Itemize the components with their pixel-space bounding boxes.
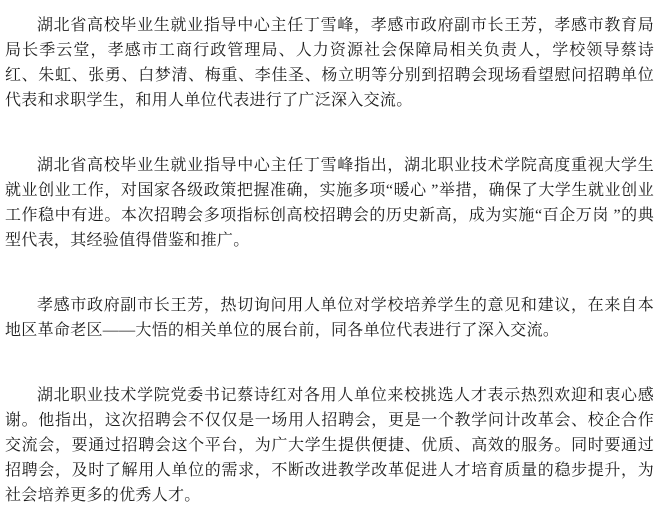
paragraph-officials-visit: 湖北省高校毕业生就业指导中心主任丁雪峰，孝感市政府副市长王芳，孝感市教育局局长季…	[5, 13, 654, 113]
paragraph-ding-xuefeng-remarks: 湖北省高校毕业生就业指导中心主任丁雪峰指出，湖北职业技术学院高度重视大学生就业创…	[5, 153, 654, 253]
article-body: 湖北省高校毕业生就业指导中心主任丁雪峰，孝感市政府副市长王芳，孝感市教育局局长季…	[0, 0, 659, 508]
paragraph-cai-shihong-remarks: 湖北职业技术学院党委书记蔡诗红对各用人单位来校挑选人才表示热烈欢迎和衷心感谢。他…	[5, 383, 654, 508]
paragraph-wang-fang-exchange: 孝感市政府副市长王芳，热切询问用人单位对学校培养学生的意见和建议，在来自本地区革…	[5, 293, 654, 343]
